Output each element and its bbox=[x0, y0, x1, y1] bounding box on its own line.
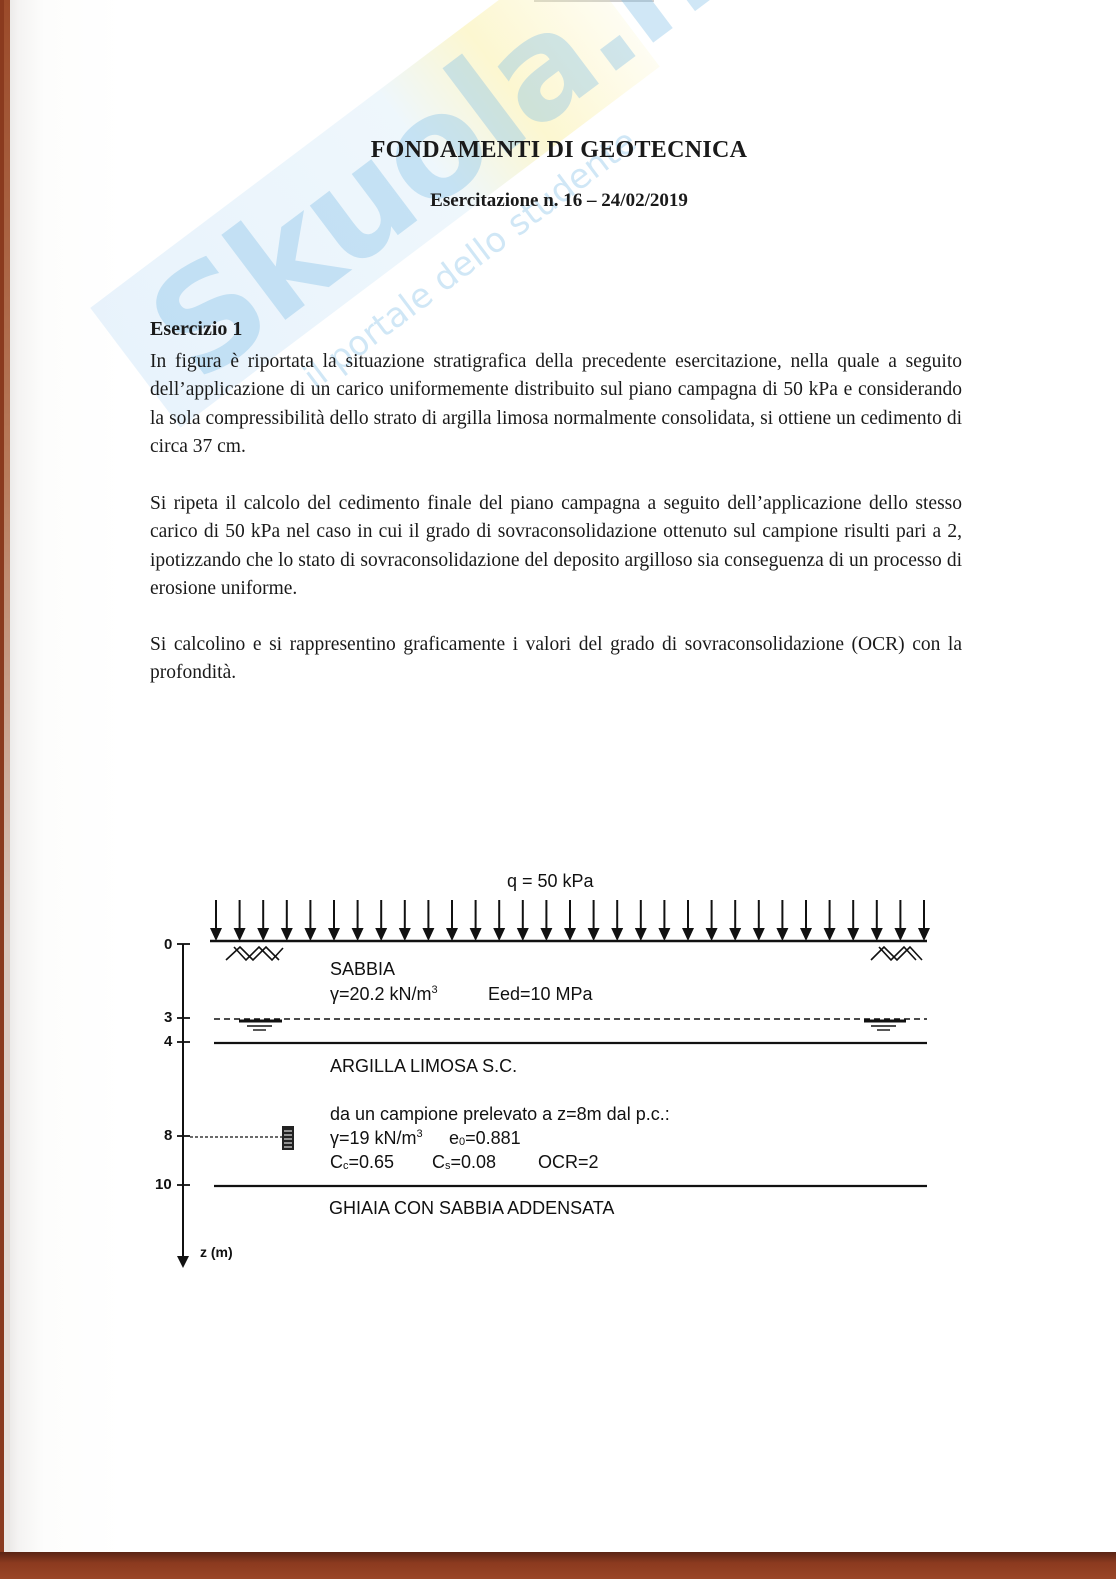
clay-layer-name: ARGILLA LIMOSA S.C. bbox=[330, 1056, 517, 1077]
sand-layer-name: SABBIA bbox=[330, 959, 395, 980]
page-bottom-background bbox=[0, 1552, 1116, 1579]
sand-oedometric-modulus: Eed=10 MPa bbox=[488, 984, 593, 1005]
clay-swelling-index: Cs=0.08 bbox=[432, 1152, 496, 1173]
water-table-left-icon bbox=[239, 1021, 282, 1030]
exercise-paragraph-2: Si ripeta il calcolo del cedimento final… bbox=[150, 490, 962, 603]
document-subtitle: Esercitazione n. 16 – 24/02/2019 bbox=[4, 190, 1114, 212]
depth-tick-8: 8 bbox=[164, 1127, 172, 1144]
sample-icon bbox=[282, 1126, 294, 1150]
sand-unit-weight: γ=20.2 kN/m3 bbox=[330, 984, 438, 1005]
ground-hatch-right-icon bbox=[871, 947, 922, 960]
depth-tick-3: 3 bbox=[164, 1009, 172, 1026]
document-title: FONDAMENTI DI GEOTECNICA bbox=[4, 137, 1114, 164]
distributed-load-arrows bbox=[210, 900, 930, 941]
clay-void-ratio: e0=0.881 bbox=[449, 1128, 521, 1149]
depth-tick-4: 4 bbox=[164, 1033, 172, 1050]
depth-axis-arrow-icon bbox=[177, 1256, 189, 1268]
gravel-layer-name: GHIAIA CON SABBIA ADDENSATA bbox=[329, 1198, 614, 1219]
exercise-paragraph-3: Si calcolino e si rappresentino graficam… bbox=[150, 631, 962, 688]
top-rule bbox=[534, 0, 654, 2]
stratigraphy-diagram: 0 3 4 8 10 z (m) q = 50 kPa SABBIA γ=20.… bbox=[144, 860, 944, 1280]
load-label: q = 50 kPa bbox=[507, 871, 594, 892]
depth-tick-10: 10 bbox=[155, 1176, 172, 1193]
clay-compression-index: Cc=0.65 bbox=[330, 1152, 394, 1173]
ground-hatch-left-icon bbox=[226, 947, 283, 960]
depth-axis-label: z (m) bbox=[200, 1244, 233, 1260]
clay-ocr: OCR=2 bbox=[538, 1152, 599, 1173]
exercise-paragraph-1: In figura è riportata la situazione stra… bbox=[150, 348, 962, 461]
exercise-heading: Esercizio 1 bbox=[150, 318, 242, 341]
water-table-right-icon bbox=[864, 1021, 906, 1030]
depth-tick-0: 0 bbox=[164, 936, 172, 953]
clay-sample-note: da un campione prelevato a z=8m dal p.c.… bbox=[330, 1104, 670, 1125]
document-page: Skuola.net il portale dello studente FON… bbox=[4, 0, 1116, 1560]
clay-unit-weight: γ=19 kN/m3 bbox=[330, 1128, 423, 1149]
page-edge-shadow bbox=[4, 0, 10, 1560]
